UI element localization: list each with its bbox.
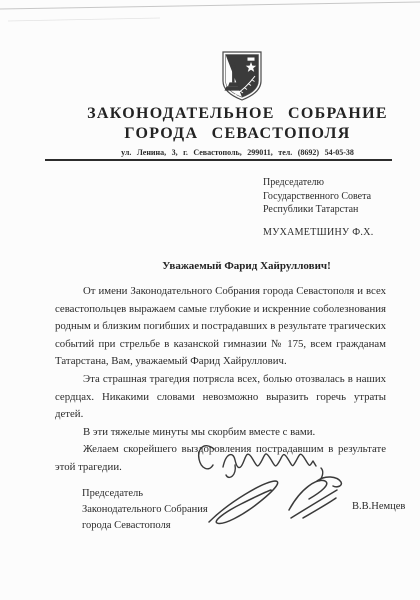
signer-title-line: Председатель (82, 486, 208, 502)
org-name-line1: ЗАКОНОДАТЕЛЬНОЕ СОБРАНИЕ (55, 105, 420, 123)
recipient-line: Государственного Совета (263, 190, 374, 204)
salutation: Уважаемый Фарид Хайруллович! (73, 260, 420, 272)
scanned-letter-page: ЗАКОНОДАТЕЛЬНОЕ СОБРАНИЕ ГОРОДА СЕВАСТОП… (0, 0, 420, 600)
signer-title-line: Законодательного Собрания (82, 502, 208, 518)
signer-title-block: Председатель Законодательного Собрания г… (82, 486, 208, 534)
letterhead-address: ул. Ленина, 3, г. Севастополь, 299011, т… (55, 148, 420, 157)
org-name-line2: ГОРОДА СЕВАСТОПОЛЯ (55, 125, 420, 143)
recipient-block: Председателю Государственного Совета Рес… (263, 176, 374, 239)
signer-name: В.В.Немцев (352, 501, 416, 512)
signer-title-line: города Севастополя (82, 518, 208, 534)
recipient-line: Председателю (263, 176, 374, 190)
letterhead-divider (45, 159, 392, 161)
scan-artifact-lines (0, 0, 420, 30)
sevastopol-coat-of-arms-icon (220, 50, 264, 102)
paragraph: Эта страшная трагедия потрясла всех, бол… (55, 371, 386, 424)
recipient-line: Республики Татарстан (263, 203, 374, 217)
signature-icon (205, 468, 350, 530)
recipient-name: МУХАМЕТШИНУ Ф.Х. (263, 226, 374, 240)
paragraph: От имени Законодательного Собрания город… (55, 283, 386, 371)
